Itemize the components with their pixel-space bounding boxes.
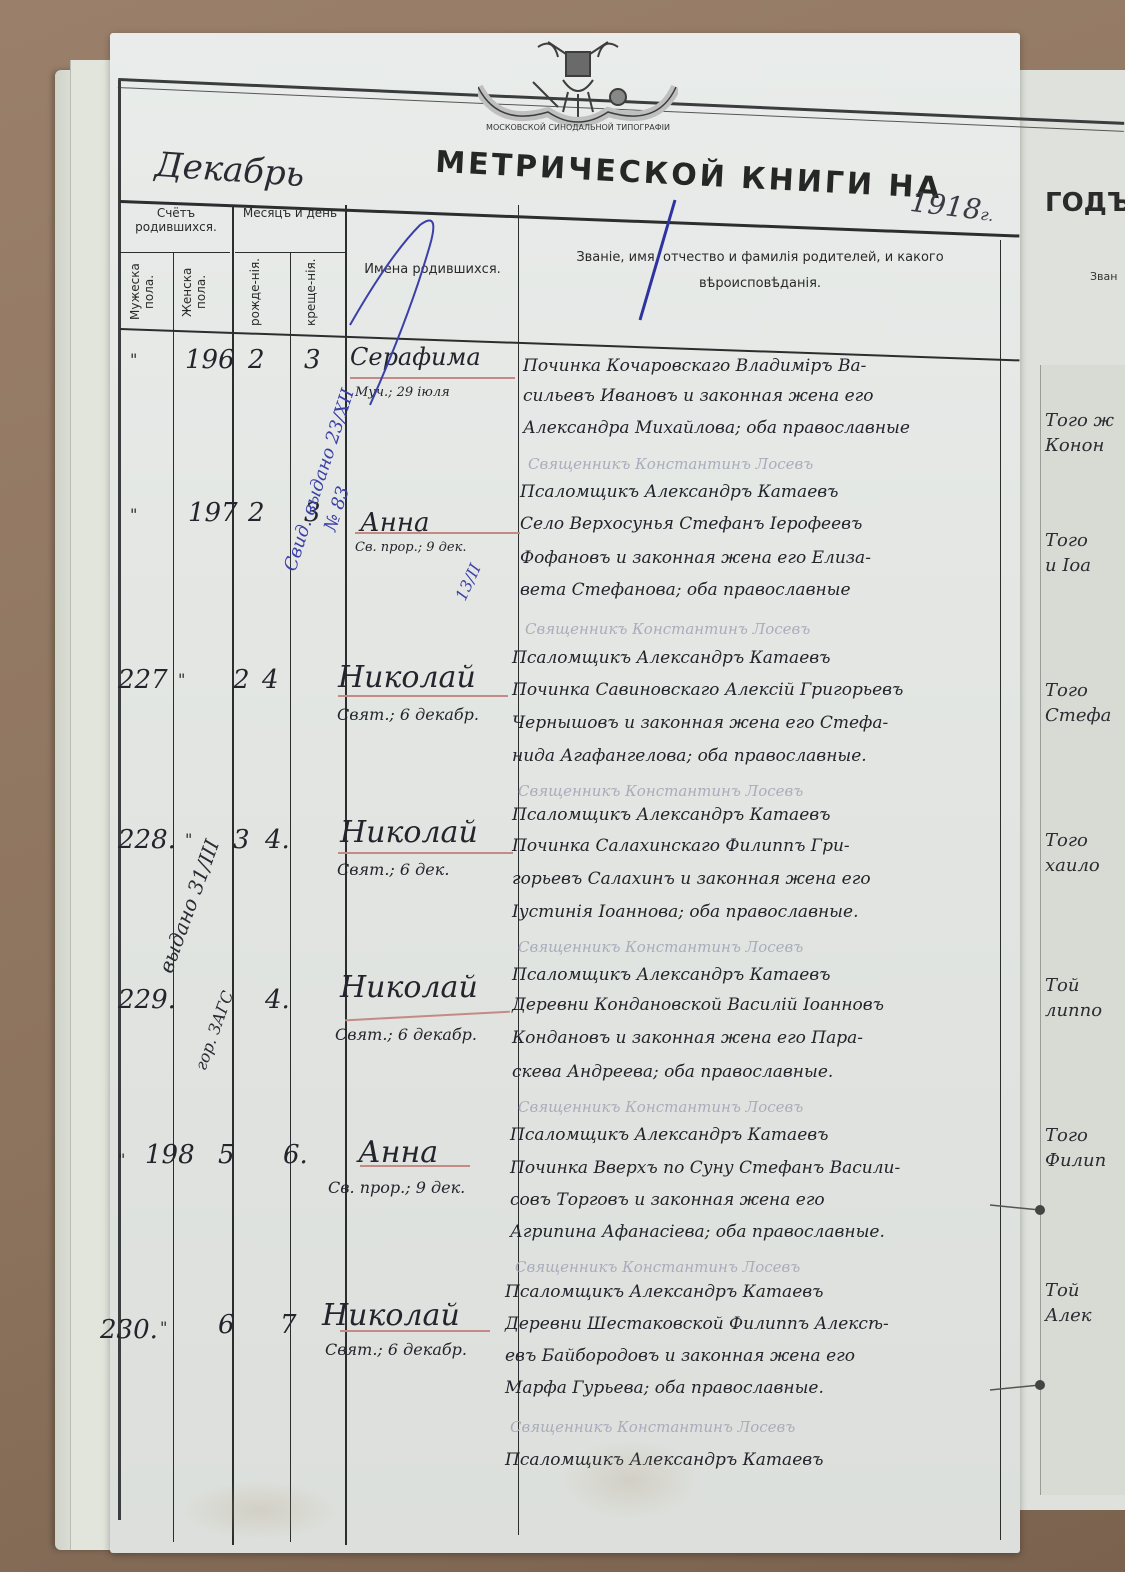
entry-parents-line: евъ Байбородовъ и законная жена его [505, 1346, 855, 1366]
entry-female-count: 197 [188, 498, 238, 528]
right-entry-line: липпо [1045, 1000, 1102, 1021]
double-headed-eagle-emblem-icon: МОСКОВСКОЙ СИНОДАЛЬНОЙ ТИПОГРАФІИ [478, 32, 678, 147]
entry-priest: Священникъ Константинъ Лосевъ [528, 455, 813, 473]
right-entry-line: Филип [1045, 1150, 1106, 1171]
entry-parents-line: скева Андреева; оба православные. [512, 1062, 833, 1082]
entry-clerk-line: Псаломщикъ Александръ Катаевъ [512, 805, 830, 825]
name-underline [340, 1330, 490, 1332]
entry-female-count: 198 [145, 1140, 195, 1170]
count-subrule [120, 252, 230, 253]
header-female: Женска пола. [180, 258, 208, 326]
entry-male-count: " [118, 1150, 125, 1169]
entry-parents-line: горьевъ Салахинъ и законная жена его [512, 869, 871, 889]
entry-parents-line: Іустинія Іоаннова; оба православные. [512, 902, 858, 922]
entry-parents-line: нида Агафангелова; оба православные. [512, 746, 867, 766]
right-entry-line: и Іоа [1045, 555, 1091, 576]
entry-saint-day: Свят.; 6 декабр. [335, 1025, 477, 1044]
name-underline [338, 852, 513, 854]
entry-child-name: Николай [338, 660, 476, 695]
entry-baptism-day: 4. [265, 825, 290, 855]
entry-parents-line: совъ Торговъ и законная жена его [510, 1190, 825, 1210]
entry-male-count: 229. [118, 985, 176, 1015]
entry-parents-line: Деревни Кондановской Василій Іоанновъ [512, 995, 884, 1015]
entry-parents-line: Починка Салахинскаго Филиппъ Гри- [512, 836, 850, 856]
entry-birth-day: 3 [233, 825, 250, 855]
entry-parents-line: Александра Михайлова; оба православные [523, 418, 910, 438]
entry-baptism-day: 3 [304, 345, 321, 375]
entry-child-name: Николай [340, 970, 478, 1005]
header-baptism: креще-нія. [304, 258, 318, 326]
name-underline [355, 532, 520, 534]
header-parents: Званіе, имя, отчество и фамилія родителе… [525, 245, 995, 297]
entry-priest: Священникъ Константинъ Лосевъ [518, 1098, 803, 1116]
entry-male-count: 227 [118, 665, 168, 695]
blue-check-mark-icon [630, 195, 690, 335]
paper-stain [560, 1440, 700, 1520]
entry-male-count: 230. [100, 1315, 158, 1345]
entry-parents-line: Агрипина Афанасіева; оба православные. [510, 1222, 885, 1242]
entry-child-name: Николай [322, 1298, 460, 1333]
header-male: Мужеска пола. [128, 258, 156, 326]
entry-birth-day: 2 [248, 345, 265, 375]
entry-baptism-day: 4 [262, 665, 279, 695]
name-underline [360, 1165, 470, 1167]
year-suffix: г. [979, 205, 994, 225]
entry-baptism-day: 4. [265, 985, 290, 1015]
binding-thread-icon [980, 1190, 1060, 1410]
right-page-column-header: Зван [1090, 270, 1117, 283]
entry-female-count: 196 [185, 345, 235, 375]
right-entry-line: Того [1045, 1125, 1088, 1146]
blue-ink-stroke-icon [330, 205, 530, 455]
entry-clerk-line: Псаломщикъ Александръ Катаевъ [512, 965, 830, 985]
entry-parents-line: вета Стефанова; оба православные [520, 580, 851, 600]
header-month-day-group: Месяцъ и день [236, 206, 344, 220]
entry-priest: Священникъ Константинъ Лосевъ [515, 1258, 800, 1276]
right-entry-line: Того ж [1045, 410, 1114, 431]
entry-saint-day: Свят.; 6 декабр. [337, 705, 479, 724]
entry-priest: Священникъ Константинъ Лосевъ [525, 620, 810, 638]
col-line-female [232, 205, 234, 1545]
right-entry-line: Того [1045, 680, 1088, 701]
entry-parents-line: Починка Вверхъ по Суну Стефанъ Васили- [510, 1158, 900, 1178]
header-birth: рожде-нія. [248, 258, 262, 326]
entry-birth-day: 6 [218, 1310, 235, 1340]
entry-saint-day: Св. прор.; 9 дек. [355, 540, 467, 555]
entry-birth-day: 5 [218, 1140, 235, 1170]
entry-parents-line: Чернышовъ и законная жена его Стефа- [512, 713, 888, 733]
entry-child-name: Николай [340, 815, 478, 850]
right-entry-line: Конон [1045, 435, 1104, 456]
entry-parents-line: Фофановъ и законная жена его Елиза- [520, 548, 871, 568]
entry-male-count: " [130, 350, 137, 369]
entry-parents-line: Деревни Шестаковской Филиппъ Алексѣ- [505, 1314, 889, 1334]
entry-priest: Священникъ Константинъ Лосевъ [510, 1418, 795, 1436]
entry-parents-line: Марфа Гурьева; оба православные. [505, 1378, 824, 1398]
entry-saint-day: Св. прор.; 9 дек. [328, 1178, 465, 1197]
right-page-title: ГОДЪ, [1045, 188, 1125, 218]
right-entry-line: Того [1045, 830, 1088, 851]
entry-clerk-line: Псаломщикъ Александръ Катаевъ [510, 1125, 828, 1145]
entry-clerk-line: Псаломщикъ Александръ Катаевъ [520, 482, 838, 502]
entry-parents-line: сильевъ Ивановъ и законная жена его [523, 386, 874, 406]
paper-stain [180, 1480, 340, 1540]
entry-clerk-line: Псаломщикъ Александръ Катаевъ [512, 648, 830, 668]
right-entry-line: хаило [1045, 855, 1100, 876]
col-line-birth [290, 252, 291, 1542]
entry-baptism-day: 6. [283, 1140, 308, 1170]
entry-male-count: " [130, 505, 137, 524]
entry-priest: Священникъ Константинъ Лосевъ [518, 782, 803, 800]
entry-saint-day: Свят.; 6 декабр. [325, 1340, 467, 1359]
entry-female-count: " [185, 830, 192, 849]
entry-saint-day: Свят.; 6 дек. [337, 860, 449, 879]
entry-female-count: " [178, 670, 185, 689]
right-entry-line: Той [1045, 975, 1079, 996]
entry-male-count: 228. [118, 825, 176, 855]
entry-birth-day: 2 [248, 498, 265, 528]
svg-text:МОСКОВСКОЙ СИНОДАЛЬНОЙ ТИПОГРА: МОСКОВСКОЙ СИНОДАЛЬНОЙ ТИПОГРАФІИ [486, 121, 670, 132]
entry-parents-line: Починка Савиновскаго Алексій Григорьевъ [512, 680, 903, 700]
entry-priest: Священникъ Константинъ Лосевъ [518, 938, 803, 956]
right-entry-line: Стефа [1045, 705, 1111, 726]
col-line-male [173, 252, 174, 1542]
frame-left-rule [118, 80, 125, 1520]
entry-baptism-day: 7 [280, 1310, 297, 1340]
entry-parents-line: Починка Кочаровскаго Владиміръ Ва- [523, 356, 866, 376]
right-entry-line: Того [1045, 530, 1088, 551]
entry-parents-line: Кондановъ и законная жена его Пара- [512, 1028, 863, 1048]
entry-female-count: " [160, 1318, 167, 1337]
entry-clerk-line: Псаломщикъ Александръ Катаевъ [505, 1282, 823, 1302]
header-count-group: Счётъ родившихся. [122, 206, 230, 234]
entry-birth-day: 2 [233, 665, 250, 695]
name-underline [338, 695, 508, 697]
entry-parents-line: Село Верхосунья Стефанъ Іерофеевъ [520, 514, 862, 534]
